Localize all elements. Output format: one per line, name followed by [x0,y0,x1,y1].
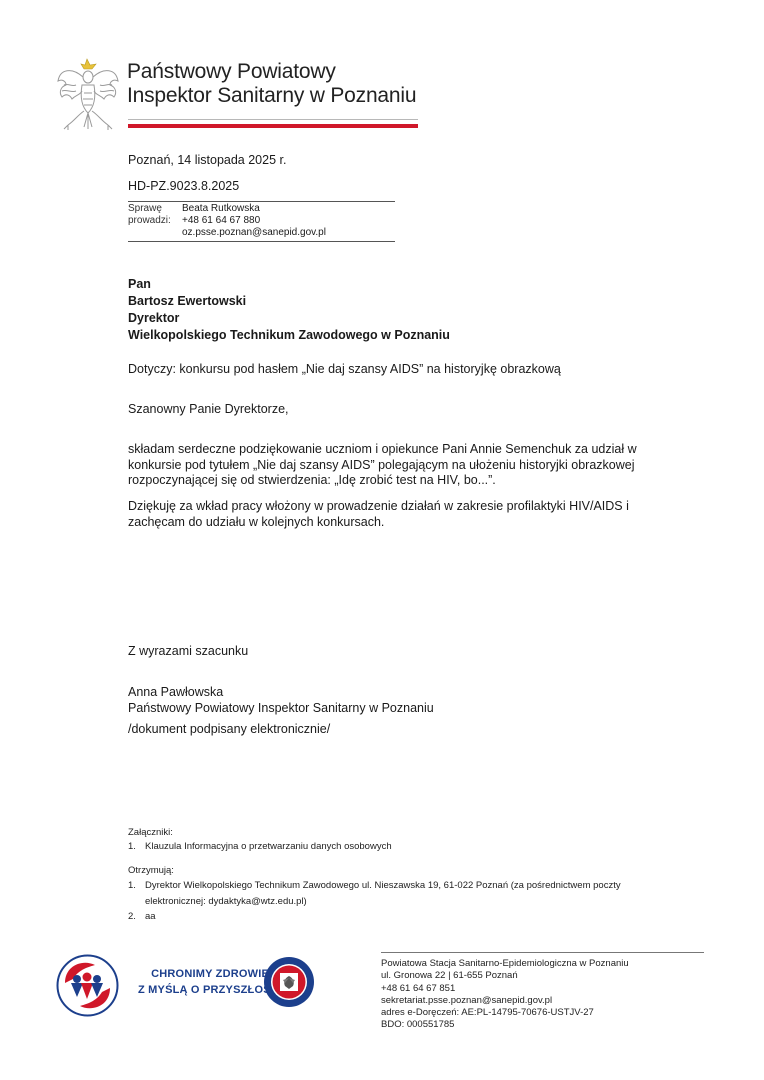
recipient-position: Dyrektor [128,310,450,327]
signer-title: Państwowy Powiatowy Inspektor Sanitarny … [128,700,434,716]
place-date: Poznań, 14 listopada 2025 r. [128,153,286,167]
recipients-label: Otrzymują: [128,864,668,878]
signer-block: Anna Pawłowska Państwowy Powiatowy Inspe… [128,684,434,716]
footer-bdo: BDO: 000551785 [381,1019,629,1031]
footer-phone: +48 61 64 67 851 [381,983,629,995]
campaign-slogan: CHRONIMY ZDROWIE Z MYŚLĄ O PRZYSZŁOŚCI [138,966,282,998]
footer-street: ul. Gronowa 22 | 61-655 Poznań [381,970,629,982]
recipient-name: Bartosz Ewertowski [128,293,450,310]
attachments-label: Załączniki: [128,826,668,840]
case-handler-email: oz.psse.poznan@sanepid.gov.pl [182,227,326,239]
header-divider-gray [128,119,418,120]
recipient-block: Pan Bartosz Ewertowski Dyrektor Wielkopo… [128,276,450,344]
recipient-item: 2. aa [128,910,668,924]
header-divider-red [128,124,418,128]
letter-greeting: Szanowny Panie Dyrektorze, [128,402,289,416]
case-handler-box: Sprawę prowadzi: Beata Rutkowska +48 61 … [128,201,395,242]
footer-address: Powiatowa Stacja Sanitarno-Epidemiologic… [381,958,629,1032]
reference-number: HD-PZ.9023.8.2025 [128,179,239,193]
case-handler-label: Sprawę prowadzi: [128,203,182,239]
footer-institution: Powiatowa Stacja Sanitarno-Epidemiologic… [381,958,629,970]
office-name-line1: Państwowy Powiatowy [127,60,416,84]
closing-phrase: Z wyrazami szacunku [128,644,248,658]
polish-eagle-emblem-icon [54,55,124,133]
recipients-section: Otrzymują: 1. Dyrektor Wielkopolskiego T… [128,864,668,924]
campaign-logo-icon [55,953,120,1018]
sanitary-inspection-badge-icon [263,956,315,1008]
recipient-salutation: Pan [128,276,450,293]
recipient-item: 1. Dyrektor Wielkopolskiego Technikum Za… [128,878,668,910]
footer-email: sekretariat.psse.poznan@sanepid.gov.pl [381,995,629,1007]
body-paragraph-1: składam serdeczne podziękowanie uczniom … [128,442,668,489]
attachments-section: Załączniki: 1. Klauzula Informacyjna o p… [128,826,668,854]
attachment-item: 1. Klauzula Informacyjna o przetwarzaniu… [128,840,668,854]
case-handler-phone: +48 61 64 67 880 [182,215,326,227]
letter-subject: Dotyczy: konkursu pod hasłem „Nie daj sz… [128,362,561,376]
footer-edelivery: adres e-Doręczeń: AE:PL-14795-70676-USTJ… [381,1007,629,1019]
office-name-line2: Inspektor Sanitarny w Poznaniu [127,84,416,108]
case-handler-name: Beata Rutkowska [182,203,326,215]
office-name: Państwowy Powiatowy Inspektor Sanitarny … [127,60,416,108]
electronic-signature-note: /dokument podpisany elektronicznie/ [128,722,330,736]
recipient-institution: Wielkopolskiego Technikum Zawodowego w P… [128,327,450,344]
footer-divider [381,952,704,953]
body-paragraph-2: Dziękuję za wkład pracy włożony w prowad… [128,499,688,530]
signer-name: Anna Pawłowska [128,684,434,700]
